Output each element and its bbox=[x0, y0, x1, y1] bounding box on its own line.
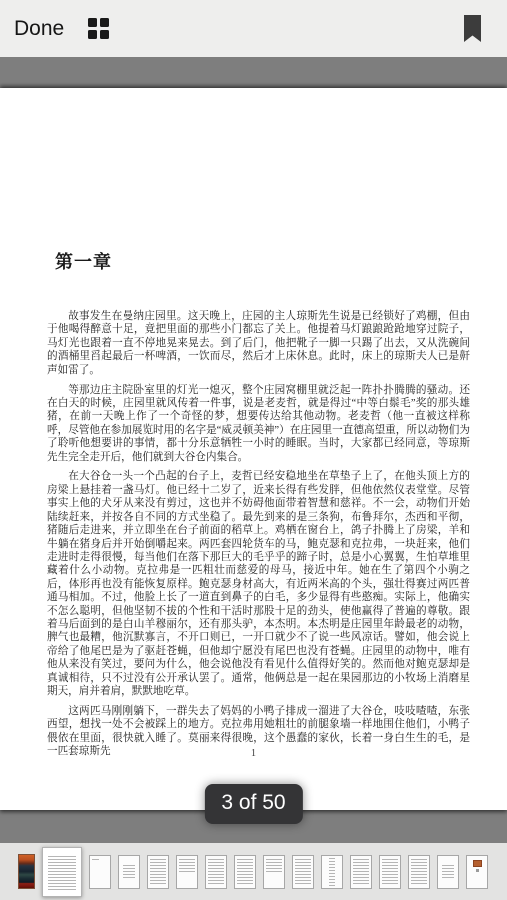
thumbnail-page[interactable] bbox=[292, 855, 314, 889]
body-paragraph: 等那边庄主院卧室里的灯光一熄灭，整个庄园窝棚里就泛起一阵扑扑腾腾的骚动。还在白天… bbox=[47, 384, 470, 464]
bookmark-button[interactable] bbox=[464, 15, 481, 42]
thumbnail-preview bbox=[123, 865, 135, 878]
thumbnail-page[interactable] bbox=[379, 855, 401, 889]
top-toolbar: Done bbox=[0, 0, 507, 57]
page-number: 1 bbox=[0, 748, 507, 759]
thumbnail-page[interactable] bbox=[437, 855, 459, 889]
thumbnail-page[interactable] bbox=[176, 855, 198, 889]
body-paragraph: 故事发生在曼纳庄园里。这天晚上，庄园的主人琼斯先生说是已经锁好了鸡棚，但由于他喝… bbox=[47, 310, 470, 377]
thumbnail-page[interactable] bbox=[147, 855, 169, 889]
thumbnail-preview bbox=[48, 856, 76, 891]
page-indicator-badge: 3 of 50 bbox=[204, 784, 302, 824]
thumbnail-current-page[interactable] bbox=[42, 847, 82, 897]
thumbnail-page[interactable] bbox=[234, 855, 256, 889]
thumbnail-preview bbox=[92, 859, 99, 860]
thumbnail-preview bbox=[411, 859, 427, 885]
thumbnail-preview bbox=[237, 859, 253, 885]
thumbnail-page[interactable] bbox=[205, 855, 227, 889]
chapter-heading: 第一章 bbox=[55, 248, 507, 274]
thumbnail-preview bbox=[353, 859, 369, 885]
thumbnail-page[interactable] bbox=[408, 855, 430, 889]
bookmark-icon bbox=[464, 15, 481, 42]
thumbnail-page[interactable] bbox=[350, 855, 372, 889]
reader-window: Done 第一章 故事发生在曼纳庄园里。这天晚上，庄园的主人琼斯先生说是已经锁好… bbox=[0, 0, 507, 900]
thumbnail-preview bbox=[150, 859, 166, 885]
viewer-background-top bbox=[0, 57, 507, 90]
thumbnail-preview bbox=[295, 859, 311, 885]
thumbnail-page[interactable] bbox=[321, 855, 343, 889]
document-page[interactable]: 第一章 故事发生在曼纳庄园里。这天晚上，庄园的主人琼斯先生说是已经锁好了鸡棚，但… bbox=[0, 88, 507, 810]
thumbnail-grid-button[interactable] bbox=[86, 16, 111, 41]
thumbnail-page[interactable] bbox=[89, 855, 111, 889]
publisher-logo-icon bbox=[473, 860, 482, 867]
done-button[interactable]: Done bbox=[10, 15, 68, 43]
thumbnail-preview bbox=[442, 865, 454, 878]
thumbnail-strip[interactable] bbox=[0, 843, 507, 900]
thumbnail-preview bbox=[329, 858, 335, 886]
page-body: 故事发生在曼纳庄园里。这天晚上，庄园的主人琼斯先生说是已经锁好了鸡棚，但由于他喝… bbox=[47, 310, 470, 759]
thumbnail-page[interactable] bbox=[118, 855, 140, 889]
thumbnail-preview bbox=[382, 859, 398, 885]
body-paragraph: 在大谷仓一头一个凸起的台子上，麦哲已经安稳地坐在草垫子上了，在他头顶上方的房梁上… bbox=[47, 470, 470, 698]
publisher-mark-icon bbox=[476, 869, 479, 872]
thumbnail-cover[interactable] bbox=[18, 854, 35, 889]
thumbnail-preview bbox=[208, 859, 224, 885]
thumbnail-preview bbox=[179, 859, 195, 874]
thumbnail-back-page[interactable] bbox=[466, 855, 488, 889]
grid-icon bbox=[88, 18, 109, 39]
thumbnail-page[interactable] bbox=[263, 855, 285, 889]
thumbnail-preview bbox=[266, 859, 282, 874]
